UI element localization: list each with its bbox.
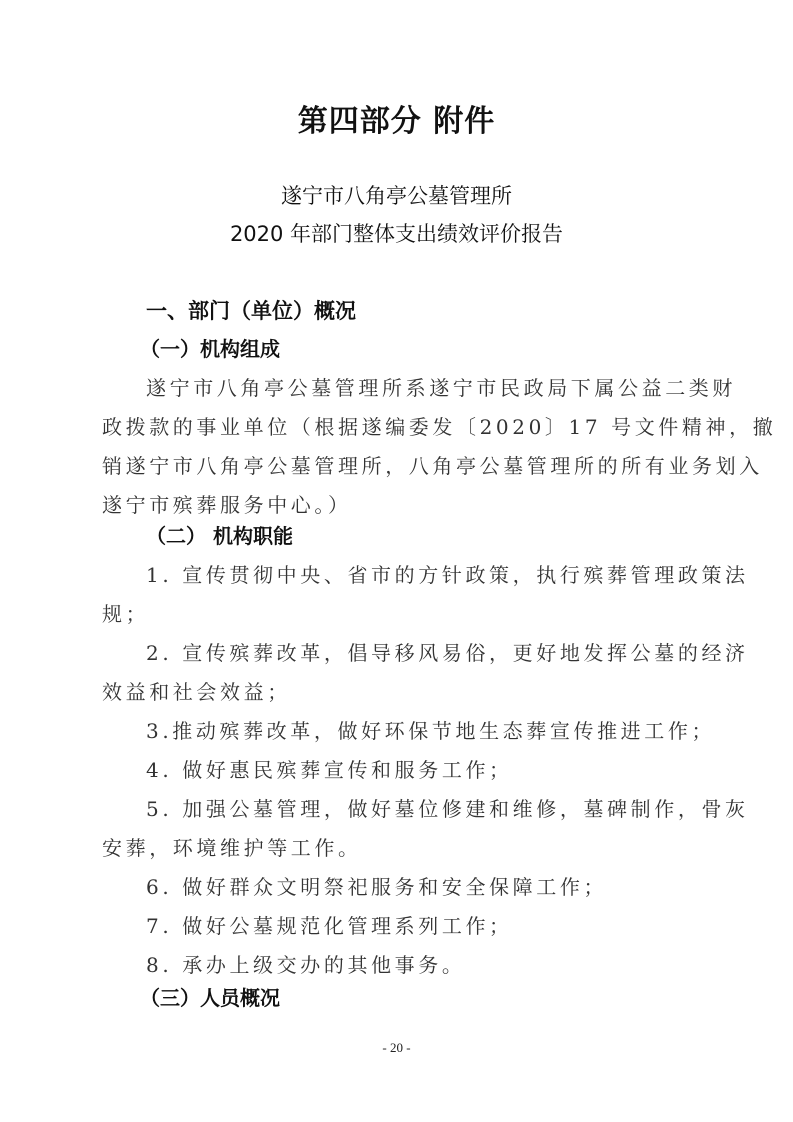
function-item-5-cont: 安葬，环境维护等工作。 (102, 832, 692, 861)
function-item-3: 3.推动殡葬改革，做好环保节地生态葬宣传推进工作； (146, 715, 692, 744)
report-org-title: 遂宁市八角亭公墓管理所 (0, 180, 793, 210)
paragraph-line: 遂宁市殡葬服务中心。） (102, 489, 692, 518)
page-number: - 20 - (0, 1040, 793, 1056)
paragraph-line: 政拨款的事业单位（根据遂编委发〔2020〕17 号文件精神，撤 (102, 411, 692, 440)
subsection-heading-functions: （二） 机构职能 (146, 520, 293, 549)
paragraph-line: 遂宁市八角亭公墓管理所系遂宁市民政局下属公益二类财 (146, 372, 692, 401)
function-item-8: 8. 承办上级交办的其他事务。 (146, 949, 692, 978)
paragraph-line: 销遂宁市八角亭公墓管理所，八角亭公墓管理所的所有业务划入 (102, 450, 692, 479)
function-item-7: 7. 做好公墓规范化管理系列工作； (146, 910, 692, 939)
part-title: 第四部分 附件 (0, 96, 793, 140)
document-page: 第四部分 附件 遂宁市八角亭公墓管理所 2020 年部门整体支出绩效评价报告 一… (0, 0, 793, 1122)
function-item-6: 6. 做好群众文明祭祀服务和安全保障工作； (146, 871, 692, 900)
function-item-4: 4. 做好惠民殡葬宣传和服务工作； (146, 754, 692, 783)
subsection-heading-composition: （一）机构组成 (140, 333, 280, 362)
function-item-2: 2. 宣传殡葬改革，倡导移风易俗，更好地发挥公墓的经济 (146, 637, 692, 666)
function-item-2-cont: 效益和社会效益； (102, 676, 692, 705)
function-item-1: 1. 宣传贯彻中央、省市的方针政策，执行殡葬管理政策法 (146, 559, 692, 588)
function-item-1-cont: 规； (102, 598, 692, 627)
section-heading-overview: 一、部门（单位）概况 (146, 295, 356, 325)
function-item-5: 5. 加强公墓管理，做好墓位修建和维修，墓碑制作，骨灰 (146, 793, 692, 822)
report-title: 2020 年部门整体支出绩效评价报告 (0, 218, 793, 248)
subsection-heading-personnel: （三）人员概况 (140, 982, 280, 1011)
